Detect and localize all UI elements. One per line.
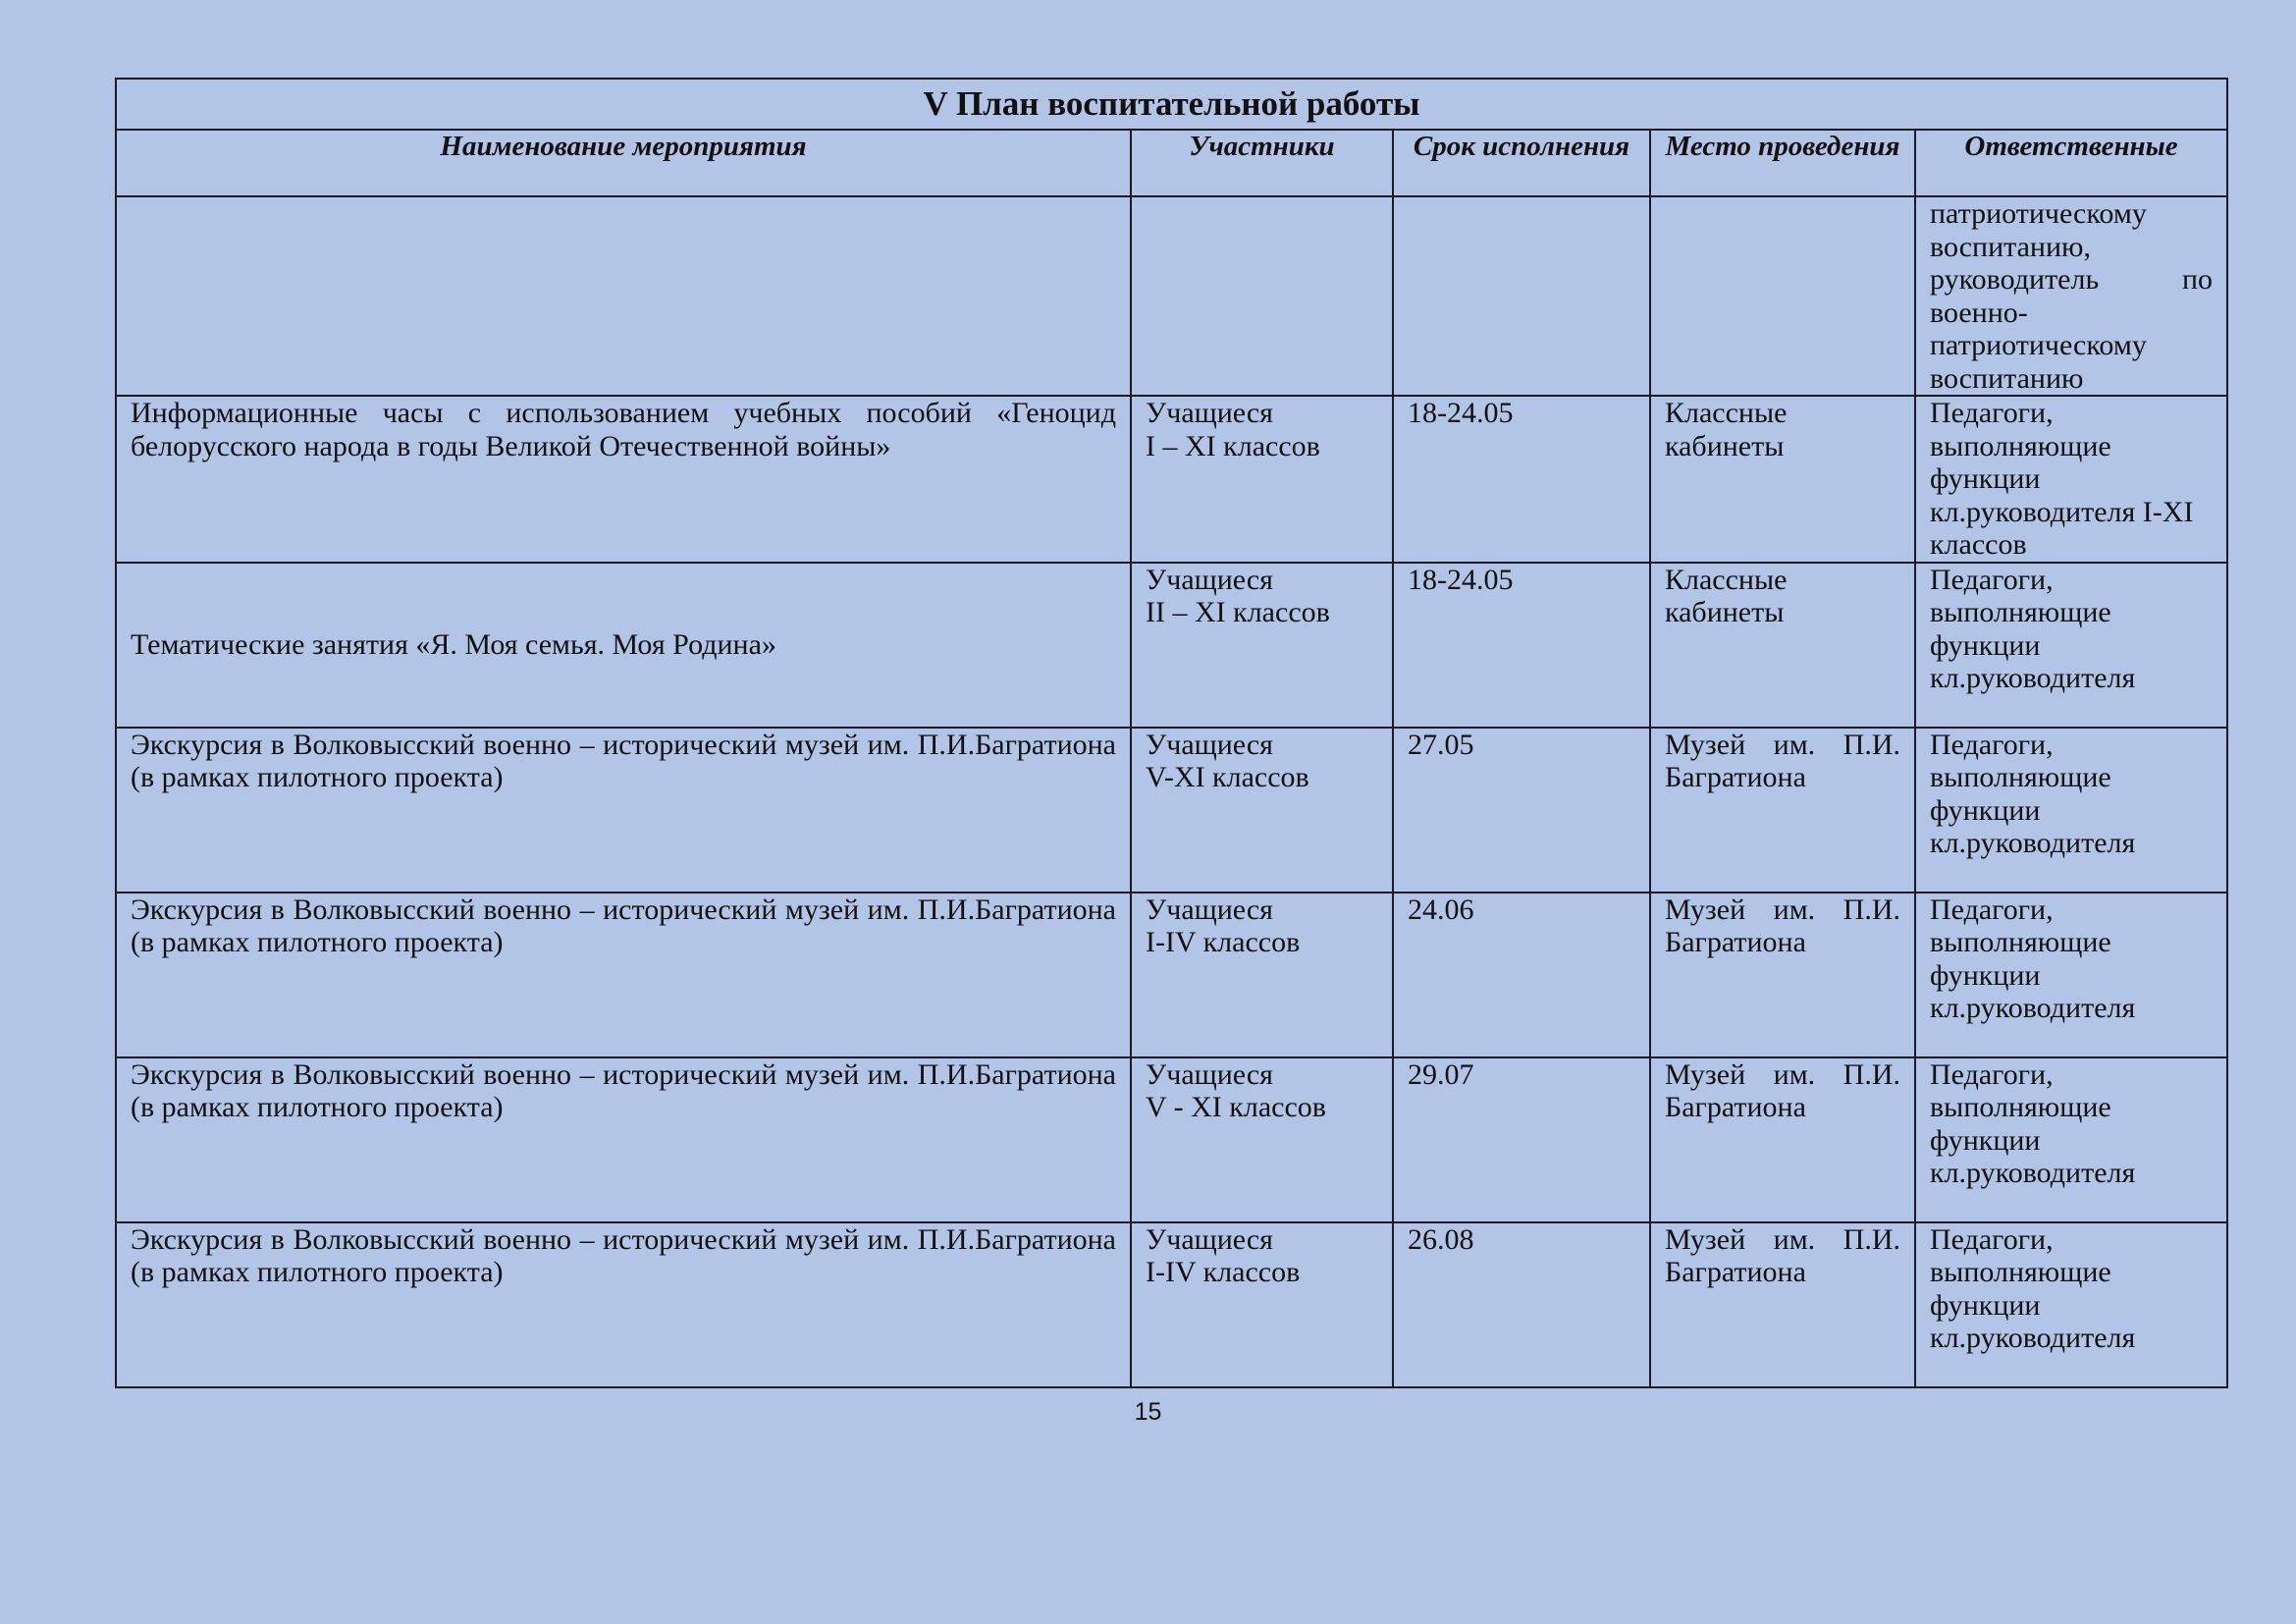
table-row: Экскурсия в Волковысский военно – истори… [116,728,2227,893]
participants-label: Учащиеся [1146,1223,1378,1257]
participants-label: Учащиеся [1146,397,1378,430]
cell-responsible: Педагоги, выполняющие функции кл.руковод… [1915,1057,2227,1222]
table-row: Тематические занятия «Я. Моя семья. Моя … [116,563,2227,728]
cell-event: Экскурсия в Волковысский военно – истори… [116,893,1131,1057]
participants-grades: V - XI классов [1146,1091,1378,1124]
participants-label: Учащиеся [1146,729,1378,762]
cell-deadline: 27.05 [1393,728,1650,893]
cell-event [116,196,1131,396]
cell-participants: УчащиесяI – XI классов [1131,396,1393,563]
cell-place: Музей им. П.И. Багратиона [1650,1057,1915,1222]
cell-participants: УчащиесяI-IV классов [1131,893,1393,1057]
page-title: V План воспитательной работы [116,79,2227,130]
cell-deadline [1393,196,1650,396]
participants-label: Учащиеся [1146,564,1378,597]
cell-deadline: 18-24.05 [1393,396,1650,563]
table-title-row: V План воспитательной работы [116,79,2227,130]
header-participants: Участники [1131,130,1393,196]
participants-grades: II – XI классов [1146,596,1378,629]
participants-grades: I-IV классов [1146,1256,1378,1289]
participants-label: Учащиеся [1146,1058,1378,1092]
table-header-row: Наименование мероприятия Участники Срок … [116,130,2227,196]
cell-deadline: 18-24.05 [1393,563,1650,728]
education-plan-table: V План воспитательной работы Наименовани… [115,78,2228,1388]
cell-deadline: 26.08 [1393,1222,1650,1387]
cell-responsible: Педагоги, выполняющие функции кл.руковод… [1915,1222,2227,1387]
cell-responsible: Педагоги, выполняющие функции кл.руковод… [1915,728,2227,893]
header-deadline: Срок исполнения [1393,130,1650,196]
participants-grades: V-XI классов [1146,761,1378,794]
table-row: Экскурсия в Волковысский военно – истори… [116,1057,2227,1222]
cell-event: Экскурсия в Волковысский военно – истори… [116,1057,1131,1222]
cell-deadline: 29.07 [1393,1057,1650,1222]
cell-participants: УчащиесяI-IV классов [1131,1222,1393,1387]
cell-deadline: 24.06 [1393,893,1650,1057]
cell-place: Классные кабинеты [1650,396,1915,563]
cell-participants: УчащиесяII – XI классов [1131,563,1393,728]
cell-responsible: патриотическому воспитанию, руководитель… [1915,196,2227,396]
table-row: Информационные часы с использованием уче… [116,396,2227,563]
cell-place [1650,196,1915,396]
page-number: 15 [0,1398,2296,1427]
table-row: Экскурсия в Волковысский военно – истори… [116,893,2227,1057]
cell-participants [1131,196,1393,396]
cell-event: Экскурсия в Волковысский военно – истори… [116,728,1131,893]
cell-event: Информационные часы с использованием уче… [116,396,1131,563]
participants-grades: I-IV классов [1146,926,1378,959]
cell-place: Музей им. П.И. Багратиона [1650,728,1915,893]
participants-grades: I – XI классов [1146,430,1378,463]
header-place: Место проведения [1650,130,1915,196]
cell-place: Музей им. П.И. Багратиона [1650,1222,1915,1387]
header-responsible: Ответственные [1915,130,2227,196]
cell-event: Экскурсия в Волковысский военно – истори… [116,1222,1131,1387]
cell-responsible: Педагоги, выполняющие функции кл.руковод… [1915,893,2227,1057]
cell-responsible: Педагоги, выполняющие функции кл.руковод… [1915,396,2227,563]
table-row-continued: патриотическому воспитанию, руководитель… [116,196,2227,396]
participants-label: Учащиеся [1146,893,1378,927]
cell-place: Музей им. П.И. Багратиона [1650,893,1915,1057]
header-event: Наименование мероприятия [116,130,1131,196]
cell-participants: УчащиесяV-XI классов [1131,728,1393,893]
table-row: Экскурсия в Волковысский военно – истори… [116,1222,2227,1387]
cell-participants: УчащиесяV - XI классов [1131,1057,1393,1222]
cell-event: Тематические занятия «Я. Моя семья. Моя … [116,563,1131,728]
cell-place: Классные кабинеты [1650,563,1915,728]
cell-responsible: Педагоги, выполняющие функции кл.руковод… [1915,563,2227,728]
